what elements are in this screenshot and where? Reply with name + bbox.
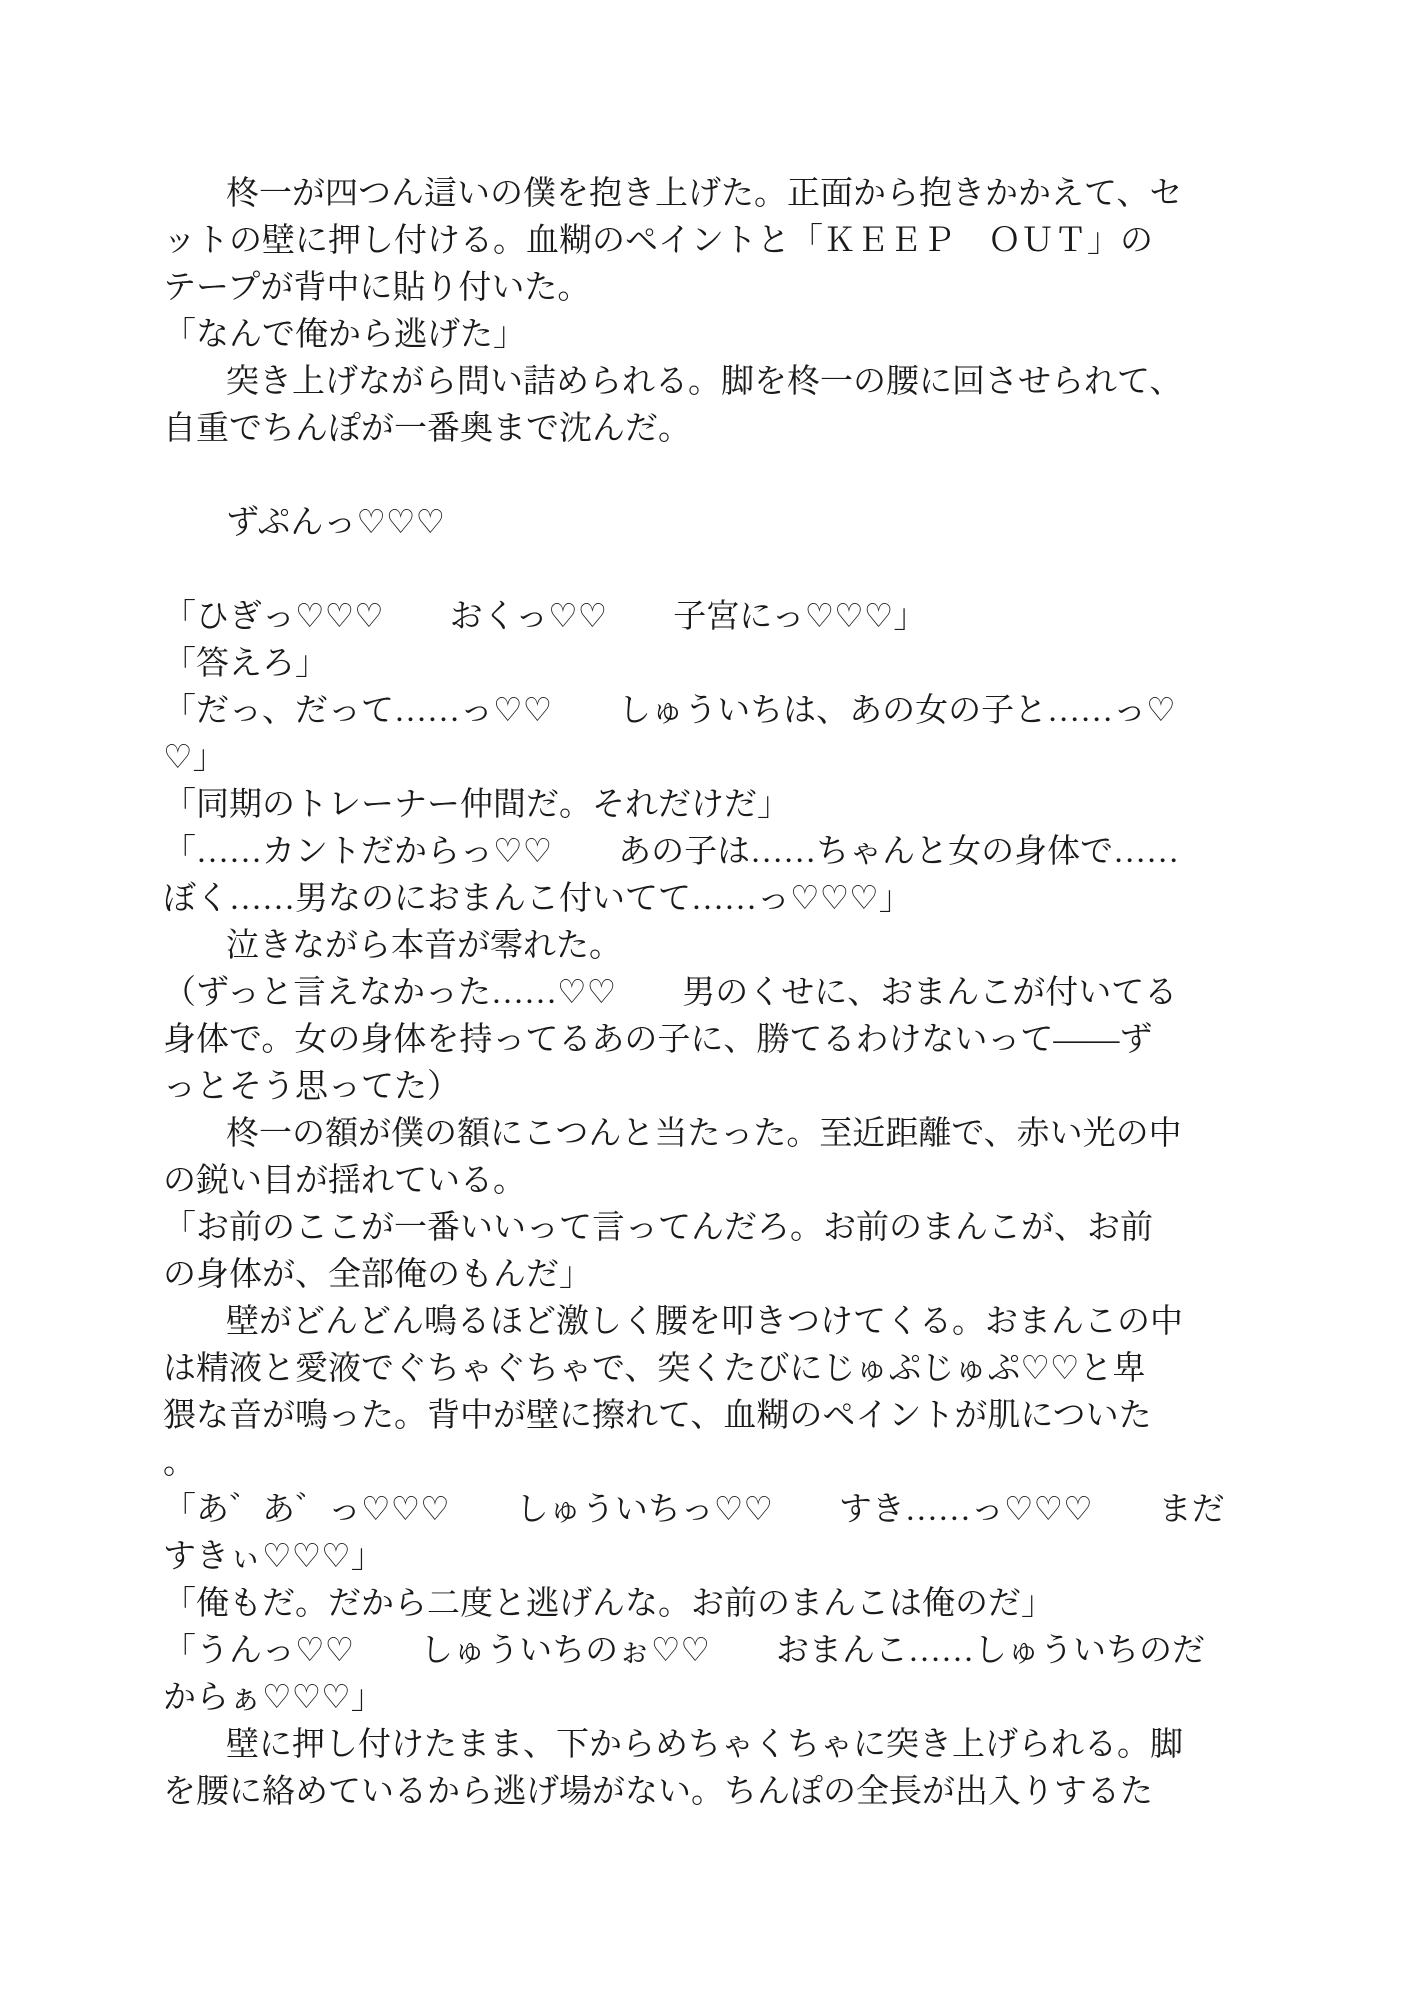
text-line: 「同期のトレーナー仲間だ。それだけだ」 (163, 782, 1265, 829)
text-line: 「うんっ♡♡ しゅういちのぉ♡♡ おまんこ……しゅういちのだ (163, 1628, 1265, 1675)
text-line: 泣きながら本音が零れた。 (163, 923, 1265, 970)
text-line: からぁ♡♡♡」 (163, 1675, 1265, 1722)
text-line: 自重でちんぽが一番奥まで沈んだ。 (163, 406, 1265, 453)
text-line: 「なんで俺から逃げた」 (163, 312, 1265, 359)
text-line: 「……カントだからっ♡♡ あの子は……ちゃんと女の身体で…… (163, 829, 1265, 876)
text-line: ずぷんっ♡♡♡ (163, 500, 1265, 547)
text-line: っとそう思ってた） (163, 1064, 1265, 1111)
text-line: 壁に押し付けたまま、下からめちゃくちゃに突き上げられる。脚 (163, 1722, 1265, 1769)
text-line: 「ひぎっ♡♡♡ おくっ♡♡ 子宮にっ♡♡♡」 (163, 594, 1265, 641)
text-line: 突き上げながら問い詰められる。脚を柊一の腰に回させられて、 (163, 359, 1265, 406)
blank-line (163, 453, 1265, 500)
document-background: { "page": { "background_color": "#ffffff… (0, 0, 1415, 2000)
text-line: ♡」 (163, 735, 1265, 782)
text-line: 「俺もだ。だから二度と逃げんな。お前のまんこは俺のだ」 (163, 1581, 1265, 1628)
text-line: 身体で。女の身体を持ってるあの子に、勝てるわけないって――ず (163, 1017, 1265, 1064)
text-line: は精液と愛液でぐちゃぐちゃで、突くたびにじゅぷじゅぷ♡♡と卑 (163, 1346, 1265, 1393)
text-line: 壁がどんどん鳴るほど激しく腰を叩きつけてくる。おまんこの中 (163, 1299, 1265, 1346)
text-line: テープが背中に貼り付いた。 (163, 265, 1265, 312)
document-page: 柊一が四つん這いの僕を抱き上げた。正面から抱きかかえて、セットの壁に押し付ける。… (0, 0, 1415, 2000)
text-line: 「だっ、だって……っ♡♡ しゅういちは、あの女の子と……っ♡ (163, 688, 1265, 735)
text-line: 「あ゛あ゛っ♡♡♡ しゅういちっ♡♡ すき……っ♡♡♡ まだ (163, 1487, 1265, 1534)
text-line: の身体が、全部俺のもんだ」 (163, 1252, 1265, 1299)
text-line: 柊一の額が僕の額にこつんと当たった。至近距離で、赤い光の中 (163, 1111, 1265, 1158)
text-line: 。 (163, 1440, 1265, 1487)
page-text: 柊一が四つん這いの僕を抱き上げた。正面から抱きかかえて、セットの壁に押し付ける。… (163, 171, 1265, 1816)
text-line: ぼく……男なのにおまんこ付いてて……っ♡♡♡」 (163, 876, 1265, 923)
text-line: 「お前のここが一番いいって言ってんだろ。お前のまんこが、お前 (163, 1205, 1265, 1252)
text-line: （ずっと言えなかった……♡♡ 男のくせに、おまんこが付いてる (163, 970, 1265, 1017)
blank-line (163, 547, 1265, 594)
text-line: すきぃ♡♡♡」 (163, 1534, 1265, 1581)
text-line: の鋭い目が揺れている。 (163, 1158, 1265, 1205)
text-line: 猥な音が鳴った。背中が壁に擦れて、血糊のペイントが肌についた (163, 1393, 1265, 1440)
text-line: を腰に絡めているから逃げ場がない。ちんぽの全長が出入りするた (163, 1769, 1265, 1816)
text-line: 「答えろ」 (163, 641, 1265, 688)
text-line: 柊一が四つん這いの僕を抱き上げた。正面から抱きかかえて、セ (163, 171, 1265, 218)
text-line: ットの壁に押し付ける。血糊のペイントと「ＫＥＥＰ ＯＵＴ」の (163, 218, 1265, 265)
